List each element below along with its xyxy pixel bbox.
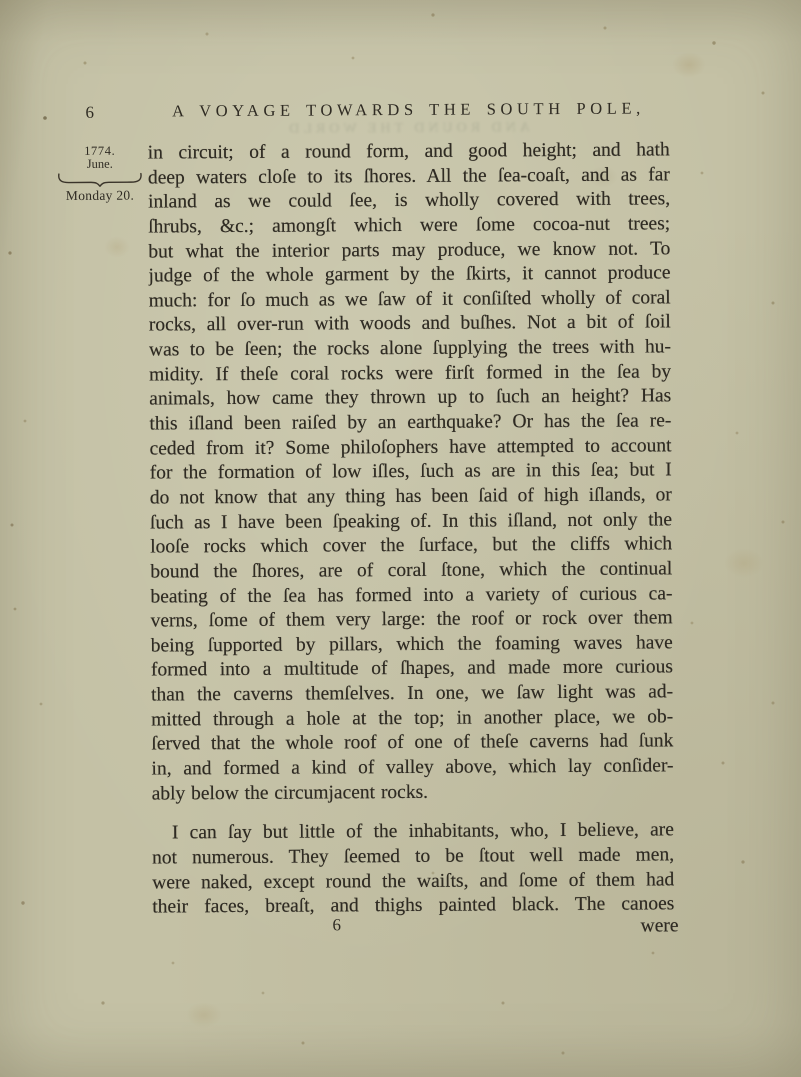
text-line: beating of the ſea has formed into a var… [150,582,672,610]
text-line: deep waters cloſe to its ſhores. All the… [148,163,670,191]
text-line: was to be ſeen; the rocks alone ſupplyin… [149,335,671,363]
text-line: in circuit; of a round form, and good he… [148,138,670,166]
text-line: formed into a multitude of ſhapes, and m… [151,656,673,684]
page-content: 6 A VOYAGE TOWARDS THE SOUTH POLE, AND R… [0,0,801,1077]
text-line: than the caverns themſelves. In one, we … [151,680,673,708]
text-line: verns, ſome of them very large: the roof… [151,607,673,635]
text-line: in, and formed a kind of valley above, w… [151,754,673,782]
text-line: rocks, all over-run with woods and buſhe… [149,311,671,339]
text-line: mitted through a hole at the top; in ano… [151,705,673,733]
text-line: ceded from it? Some philoſophers have at… [149,434,671,462]
text-line: inland as we could ſee, is wholly covere… [148,188,670,216]
text-line: bound the ſhores, are of coral ſtone, wh… [150,557,672,585]
text-line: do not know that any thing has been ſaid… [150,483,672,511]
bleed-through-text: AND ROUND THE WORLD [178,120,638,139]
paragraph: in circuit; of a round form, and good he… [148,138,674,806]
text-line: ſerved that the whole roof of one of the… [151,730,673,758]
signature-mark: 6 [332,915,341,935]
text-line: ſuch as I have been ſpeaking of. In this… [150,508,672,536]
text-line: midity. If theſe coral rocks were firſt … [149,360,671,388]
text-line: animals, how came they thrown up to ſuch… [149,385,671,413]
text-line: ably below the circumjacent rocks. [152,779,674,807]
page-number: 6 [85,103,94,123]
margin-day: Monday 20. [54,188,146,205]
text-line: looſe rocks which cover the ſurface, but… [150,533,672,561]
body-text: in circuit; of a round form, and good he… [148,138,675,920]
margin-month: June. [54,157,146,173]
book-page-scan: 6 A VOYAGE TOWARDS THE SOUTH POLE, AND R… [0,0,801,1077]
text-line: were naked, except round the waiſts, and… [152,868,674,896]
text-line: being ſupported by pillars, which the fo… [151,631,673,659]
catchword: were [558,915,678,938]
margin-brace-icon [57,173,143,188]
text-line: ſhrubs, &c.; amongſt which were ſome coc… [148,212,670,240]
margin-date-note: 1774. June. Monday 20. [54,144,146,205]
text-line: but what the interior parts may produce,… [148,237,670,265]
text-line: much: for ſo much as we ſaw of it conſiſ… [149,286,671,314]
paragraph: I can ſay but little of the inhabitants,… [152,819,675,921]
text-line: for the formation of low iſles, ſuch as … [150,459,672,487]
text-line: judge of the whole garment by the ſkirts… [148,262,670,290]
running-title: A VOYAGE TOWARDS THE SOUTH POLE, [147,98,669,121]
text-line: I can ſay but little of the inhabitants,… [152,819,674,847]
text-line: this iſland been raiſed by an earthquake… [149,409,671,437]
text-line: not numerous. They ſeemed to be ſtout we… [152,843,674,871]
